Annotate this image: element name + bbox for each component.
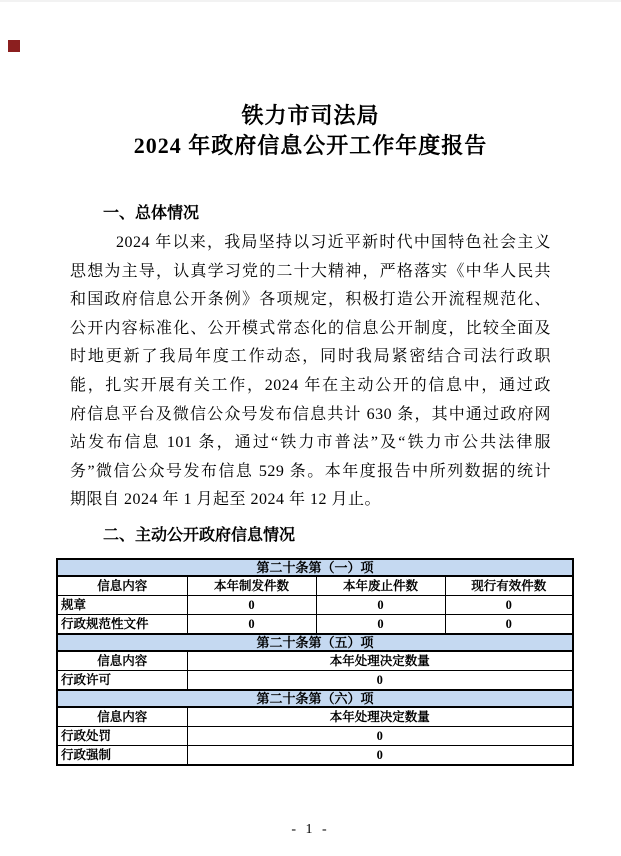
row-label: 行政许可 xyxy=(57,671,187,691)
row-label: 行政规范性文件 xyxy=(57,615,187,635)
paragraph-line: 期限自 2024 年 1 月起至 2024 年 12 月止。 xyxy=(70,486,551,515)
table-header-cell: 本年处理决定数量 xyxy=(187,707,573,727)
document-title-line2: 2024 年政府信息公开工作年度报告 xyxy=(0,131,621,161)
row-value: 0 xyxy=(316,615,445,635)
paragraph-line: 府信息平台及微信公众号发布信息共计 630 条，其中通过政府网 xyxy=(70,401,551,430)
table-header-cell: 本年制发件数 xyxy=(187,576,316,596)
row-value: 0 xyxy=(316,596,445,615)
paragraph-line: 时地更新了我局年度工作动态，同时我局紧密结合司法行政职 xyxy=(70,343,551,372)
row-value: 0 xyxy=(187,746,573,766)
document-title-line1: 铁力市司法局 xyxy=(0,101,621,131)
info-disclosure-table: 第二十条第（一）项 信息内容 本年制发件数 本年废止件数 现行有效件数 规章 0… xyxy=(56,558,574,766)
table-band-article20-item1: 第二十条第（一）项 xyxy=(57,559,573,576)
table-band-label: 第二十条第（六）项 xyxy=(57,690,573,707)
row-value: 0 xyxy=(187,727,573,746)
table-row: 行政处罚 0 xyxy=(57,727,573,746)
red-corner-marker xyxy=(8,40,20,52)
paragraph-line: 思想为主导，认真学习党的二十大精神，严格落实《中华人民共 xyxy=(70,258,551,287)
table-row: 行政强制 0 xyxy=(57,746,573,766)
table-row: 行政规范性文件 0 0 0 xyxy=(57,615,573,635)
row-value: 0 xyxy=(445,615,573,635)
section-heading-overall: 一、总体情况 xyxy=(103,204,199,224)
table-header-cell: 信息内容 xyxy=(57,707,187,727)
row-label: 规章 xyxy=(57,596,187,615)
paragraph-line: 能，扎实开展有关工作，2024 年在主动公开的信息中，通过政 xyxy=(70,372,551,401)
table-header-cell: 本年废止件数 xyxy=(316,576,445,596)
row-value: 0 xyxy=(187,596,316,615)
paragraph-line: 和国政府信息公开条例》各项规定，积极打造公开流程规范化、 xyxy=(70,286,551,315)
table-band-label: 第二十条第（五）项 xyxy=(57,634,573,651)
table-header-cell: 现行有效件数 xyxy=(445,576,573,596)
table-header-row: 信息内容 本年处理决定数量 xyxy=(57,651,573,671)
table-header-row: 信息内容 本年制发件数 本年废止件数 现行有效件数 xyxy=(57,576,573,596)
page-number: - 1 - xyxy=(0,822,621,838)
table-row: 规章 0 0 0 xyxy=(57,596,573,615)
section-heading-proactive: 二、主动公开政府信息情况 xyxy=(103,526,295,546)
paragraph-line: 站发布信息 101 条，通过“铁力市普法”及“铁力市公共法律服 xyxy=(70,429,551,458)
document-page: 铁力市司法局 2024 年政府信息公开工作年度报告 一、总体情况 2024 年以… xyxy=(0,0,621,856)
table-band-article20-item6: 第二十条第（六）项 xyxy=(57,690,573,707)
table-band-article20-item5: 第二十条第（五）项 xyxy=(57,634,573,651)
row-value: 0 xyxy=(187,671,573,691)
paragraph-line: 公开内容标准化、公开模式常态化的信息公开制度，比较全面及 xyxy=(70,315,551,344)
table-row: 行政许可 0 xyxy=(57,671,573,691)
row-value: 0 xyxy=(445,596,573,615)
document-title: 铁力市司法局 2024 年政府信息公开工作年度报告 xyxy=(0,101,621,161)
row-value: 0 xyxy=(187,615,316,635)
table-header-cell: 信息内容 xyxy=(57,651,187,671)
table-header-cell: 本年处理决定数量 xyxy=(187,651,573,671)
table-header-cell: 信息内容 xyxy=(57,576,187,596)
row-label: 行政处罚 xyxy=(57,727,187,746)
paragraph-line: 务”微信公众号发布信息 529 条。本年度报告中所列数据的统计 xyxy=(70,458,551,487)
table-band-label: 第二十条第（一）项 xyxy=(57,559,573,576)
paragraph-line: 2024 年以来，我局坚持以习近平新时代中国特色社会主义 xyxy=(70,229,551,258)
overview-paragraph: 2024 年以来，我局坚持以习近平新时代中国特色社会主义 思想为主导，认真学习党… xyxy=(70,229,551,515)
row-label: 行政强制 xyxy=(57,746,187,766)
table-header-row: 信息内容 本年处理决定数量 xyxy=(57,707,573,727)
